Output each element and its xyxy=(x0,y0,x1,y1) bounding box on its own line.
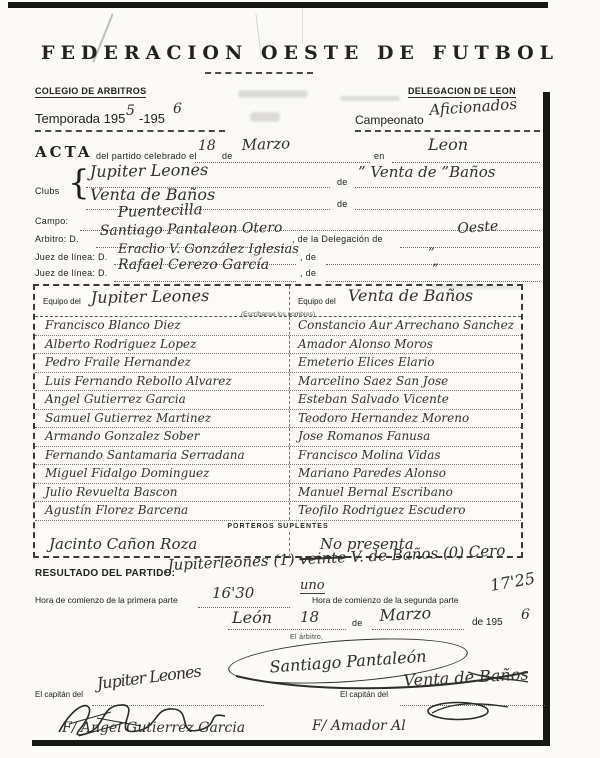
closing-year-prefix: de 195 xyxy=(472,617,503,628)
stamp-smudge xyxy=(340,96,400,101)
player-name-right: Constancio Aur Arrechano Sanchez xyxy=(290,317,521,335)
dotted-rule xyxy=(195,161,370,163)
club1-de-label: de xyxy=(337,177,348,187)
player-name-right: Marcelino Saez San Jose xyxy=(290,373,521,391)
linesman2-origin: ” xyxy=(432,262,439,277)
player-row: Angel Gutierrez GarciaEsteban Salvado Vi… xyxy=(35,391,521,410)
linesman2-de-label: , de xyxy=(300,268,316,278)
championship-underline xyxy=(355,129,540,132)
player-name-right: Teodoro Hernandez Moreno xyxy=(290,410,521,428)
paper-fold-mark xyxy=(302,8,303,44)
season-label: Temporada 195 xyxy=(35,111,125,126)
player-name-right: Manuel Bernal Escribano xyxy=(290,484,521,502)
player-row: Fernando Santamaria SerradanaFrancisco M… xyxy=(35,447,521,466)
scan-bottom-edge xyxy=(32,740,550,746)
arbitro-caption: El árbitro, xyxy=(290,634,323,641)
player-row: Pedro Fraile HernandezEmeterio Elices El… xyxy=(35,354,521,373)
season-underline xyxy=(35,129,225,132)
stamp-smudge xyxy=(238,90,308,98)
second-half-label: Hora de comienzo de la segunda parte xyxy=(312,595,458,605)
player-name-right: Amador Alonso Moros xyxy=(290,336,521,354)
players-rows: Francisco Blanco DiezConstancio Aur Arre… xyxy=(35,317,521,521)
first-half-label: Hora de comienzo de la primera parte xyxy=(35,595,178,605)
player-name-left: Fernando Santamaria Serradana xyxy=(35,447,290,465)
scan-right-edge xyxy=(543,92,550,746)
player-name-right: Teofilo Rodriguez Escudero xyxy=(290,502,521,520)
player-row: Miguel Fidalgo DominguezMariano Paredes … xyxy=(35,465,521,484)
closing-month: Marzo xyxy=(379,603,432,625)
player-name-left: Samuel Gutierrez Martinez xyxy=(35,410,290,428)
result-label: RESULTADO DEL PARTIDO: xyxy=(35,568,175,579)
captain2-label: El capitán del xyxy=(340,690,388,699)
title-underline xyxy=(205,71,313,74)
teams-table-header: Equipo del Jupiter Leones Equipo del Ven… xyxy=(35,286,521,317)
result-correction: uno xyxy=(300,578,325,594)
team1-label: Equipo del xyxy=(43,297,81,306)
player-name-left: Pedro Fraile Hernandez xyxy=(35,354,290,372)
substitute-keepers-label: PORTEROS SUPLENTES xyxy=(35,521,521,532)
championship-value: Aficionados xyxy=(429,95,518,119)
clubs-label: Clubs xyxy=(35,186,60,196)
referee-label: Arbitro: D. xyxy=(35,234,79,244)
player-name-right: Jose Romanos Fanusa xyxy=(290,428,521,446)
linesman1-origin: ” xyxy=(428,246,435,261)
player-name-right: Emeterio Elices Elario xyxy=(290,354,521,372)
federation-title: FEDERACION OESTE DE FUTBOL xyxy=(0,42,600,64)
player-row: Alberto Rodriguez LopezAmador Alonso Mor… xyxy=(35,336,521,355)
linesman2-name: Rafael Cerezo García xyxy=(118,257,269,273)
referee-delegation-label: , de la Delegación de xyxy=(292,234,383,244)
dotted-rule xyxy=(372,628,464,630)
player-name-left: Luis Fernando Rebollo Alvarez xyxy=(35,373,290,391)
linesman1-name: Eraclio V. González Iglesias xyxy=(118,242,299,257)
player-row: Samuel Gutierrez MartinezTeodoro Hernand… xyxy=(35,410,521,429)
scan-top-edge xyxy=(8,2,548,8)
championship-label: Campeonato xyxy=(355,113,424,127)
season-infix: -195 xyxy=(139,111,165,126)
player-name-left: Francisco Blanco Diez xyxy=(35,317,290,335)
player-name-right: Esteban Salvado Vicente xyxy=(290,391,521,409)
linesman2-label: Juez de línea: D. xyxy=(35,268,108,278)
player-name-left: Angel Gutierrez Garcia xyxy=(35,391,290,409)
dotted-rule xyxy=(114,280,296,282)
player-row: Luis Fernando Rebollo AlvarezMarcelino S… xyxy=(35,373,521,392)
teams-table: Equipo del Jupiter Leones Equipo del Ven… xyxy=(33,284,523,558)
dotted-rule xyxy=(355,208,540,210)
player-row: Julio Revuelta BasconManuel Bernal Escri… xyxy=(35,484,521,503)
linesman1-de-label: , de xyxy=(300,252,316,262)
season-digit-2: 6 xyxy=(173,101,182,117)
player-row: Francisco Blanco DiezConstancio Aur Arre… xyxy=(35,317,521,336)
second-half-time: 17'25 xyxy=(489,568,537,595)
player-name-right: Mariano Paredes Alonso xyxy=(290,465,521,483)
player-name-left: Julio Revuelta Bascon xyxy=(35,484,290,502)
match-city: Leon xyxy=(428,135,468,154)
dotted-rule xyxy=(228,628,346,630)
player-name-left: Armando Gonzalez Sober xyxy=(35,428,290,446)
team2-name: Venta de Baños xyxy=(348,286,473,305)
linesman1-label: Juez de línea: D. xyxy=(35,252,108,262)
player-name-left: Miguel Fidalgo Dominguez xyxy=(35,465,290,483)
dotted-rule xyxy=(326,280,540,282)
closing-city: León xyxy=(232,608,272,627)
season-digit-1: 5 xyxy=(126,103,135,119)
first-half-time: 16'30 xyxy=(212,584,254,602)
player-row: Agustín Florez BarcenaTeofilo Rodriguez … xyxy=(35,502,521,521)
captain2-signature-scribble xyxy=(420,698,516,724)
match-day: 18 xyxy=(198,138,216,154)
closing-year-digit: 6 xyxy=(521,607,530,623)
clubs-brace: { xyxy=(68,163,90,203)
field-value: Puentecilla xyxy=(117,200,203,221)
firma-left: F/ Angel Gutierrez Garcia xyxy=(62,720,245,736)
team1-name: Jupiter Leones xyxy=(91,286,210,307)
firma-right: F/ Amador Al xyxy=(312,718,406,734)
field-label: Campo: xyxy=(35,216,68,226)
referee-name: Santiago Pantaleon Otero xyxy=(100,220,283,239)
club1-origin: ” Venta de ”Baños xyxy=(358,163,495,181)
en-label: en xyxy=(374,151,385,161)
referee-delegation-value: Oeste xyxy=(457,218,499,237)
dotted-rule xyxy=(400,246,540,248)
captain1-team: Jupiter Leones xyxy=(96,661,202,693)
acta-label: ACTA xyxy=(35,143,93,161)
college-label: COLEGIO DE ARBITROS xyxy=(35,86,146,98)
club2-de-label: de xyxy=(337,199,348,209)
team2-label: Equipo del xyxy=(298,297,336,306)
table-note: (Escríbanse los nombres) xyxy=(241,311,315,318)
closing-day: 18 xyxy=(300,608,319,626)
closing-de: de xyxy=(352,618,363,628)
player-name-right: Francisco Molina Vidas xyxy=(290,447,521,465)
match-month: Marzo xyxy=(241,134,290,154)
club1-name: Jupiter Leones xyxy=(90,160,209,181)
player-row: Armando Gonzalez SoberJose Romanos Fanus… xyxy=(35,428,521,447)
match-report-scan: FEDERACION OESTE DE FUTBOL COLEGIO DE AR… xyxy=(0,0,600,758)
de-label: de xyxy=(222,151,233,161)
result-crossed-word: veinte xyxy=(299,548,346,568)
team2-header-cell: Equipo del Venta de Baños xyxy=(290,286,521,316)
stamp-smudge xyxy=(250,112,280,122)
dotted-rule xyxy=(355,186,540,188)
player-name-left: Agustín Florez Barcena xyxy=(35,502,290,520)
player-name-left: Alberto Rodriguez Lopez xyxy=(35,336,290,354)
